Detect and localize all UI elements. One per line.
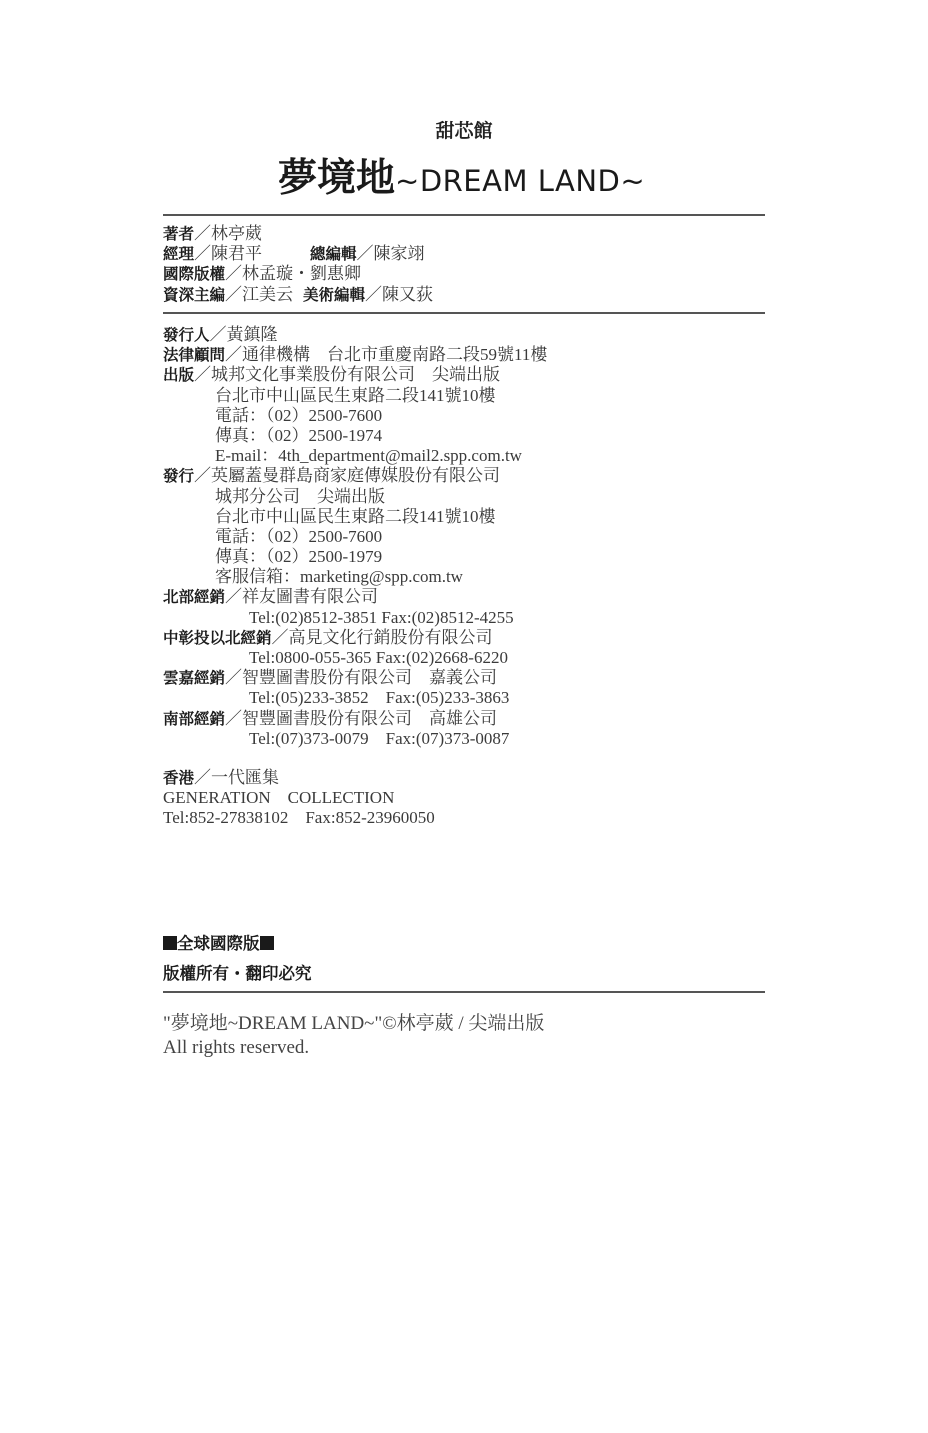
- regional-south-contact: Tel:(07)373-0079 Fax:(07)373-0087: [163, 729, 547, 749]
- square-bullet-icon: [260, 936, 274, 950]
- credit-label: 著者: [163, 225, 194, 243]
- hongkong-block: 香港／一代匯集 GENERATION COLLECTION Tel:852-27…: [163, 768, 435, 829]
- separator: ／: [365, 285, 382, 304]
- distributor-address: 台北市中山區民生東路二段141號10樓: [163, 507, 547, 527]
- separator: ／: [194, 365, 211, 384]
- credit-value: 陳家翊: [374, 244, 425, 263]
- separator: ／: [225, 345, 242, 364]
- issuer-line: 發行人／黃鎮隆: [163, 325, 547, 345]
- credit-label: 資深主編: [163, 286, 225, 304]
- publisher-value: 城邦文化事業股份有限公司 尖端出版: [211, 365, 500, 384]
- copyright-line: "夢境地~DREAM LAND~"©林亭葳 / 尖端出版: [163, 1008, 544, 1035]
- credit-value: 江美云: [242, 285, 293, 304]
- book-title: 夢境地~DREAM LAND~: [278, 147, 645, 203]
- series-name: 甜芯館: [0, 116, 928, 143]
- divider-top: [163, 214, 765, 216]
- hongkong-contact: Tel:852-27838102 Fax:852-23960050: [163, 808, 435, 828]
- regional-label: 雲嘉經銷: [163, 669, 225, 687]
- credit-label: 美術編輯: [303, 286, 365, 304]
- colophon-page: 甜芯館 夢境地~DREAM LAND~ 著者／林亭葳 經理／陳君平總編輯／陳家翊…: [0, 0, 928, 1433]
- divider-bottom: [163, 991, 765, 993]
- regional-central-contact: Tel:0800-055-365 Fax:(02)2668-6220: [163, 648, 547, 668]
- publisher-email: E-mail：4th_department@mail2.spp.com.tw: [163, 446, 547, 466]
- issuer-value: 黃鎮隆: [227, 325, 278, 344]
- regional-chiayi: 雲嘉經銷／智豐圖書股份有限公司 嘉義公司: [163, 668, 547, 688]
- separator: ／: [225, 587, 242, 606]
- distributor-service: 客服信箱：marketing@spp.com.tw: [163, 567, 547, 587]
- distributor-phone: 電話：（02）2500-7600: [163, 527, 547, 547]
- publisher-line: 出版／城邦文化事業股份有限公司 尖端出版: [163, 365, 547, 385]
- distributor-line: 發行／英屬蓋曼群島商家庭傳媒股份有限公司: [163, 466, 547, 486]
- separator: ／: [225, 709, 242, 728]
- rights-notice: 版權所有・翻印必究: [163, 960, 312, 988]
- edition-line: 全球國際版: [163, 930, 312, 960]
- regional-north: 北部經銷／祥友圖書有限公司: [163, 587, 547, 607]
- square-bullet-icon: [163, 936, 177, 950]
- regional-chiayi-contact: Tel:(05)233-3852 Fax:(05)233-3863: [163, 688, 547, 708]
- divider-middle: [163, 312, 765, 314]
- regional-south: 南部經銷／智豐圖書股份有限公司 高雄公司: [163, 709, 547, 729]
- legal-line: 法律顧問／通律機構 台北市重慶南路二段59號11樓: [163, 345, 547, 365]
- separator: ／: [272, 628, 289, 647]
- distributor-branch: 城邦分公司 尖端出版: [163, 487, 547, 507]
- regional-value: 智豐圖書股份有限公司 高雄公司: [242, 709, 497, 728]
- rights-block: 全球國際版 版權所有・翻印必究: [163, 930, 312, 988]
- regional-value: 智豐圖書股份有限公司 嘉義公司: [242, 668, 497, 687]
- distributor-value: 英屬蓋曼群島商家庭傳媒股份有限公司: [211, 466, 500, 485]
- credits-block: 著者／林亭葳 經理／陳君平總編輯／陳家翊 國際版權／林孟璇・劉惠卿 資深主編／江…: [163, 224, 433, 305]
- regional-label: 中彰投以北經銷: [163, 629, 272, 647]
- credit-value: 陳君平: [211, 244, 262, 263]
- credit-value: 林亭葳: [211, 224, 262, 243]
- separator: ／: [194, 224, 211, 243]
- publisher-address: 台北市中山區民生東路二段141號10樓: [163, 386, 547, 406]
- publishing-block: 發行人／黃鎮隆 法律顧問／通律機構 台北市重慶南路二段59號11樓 出版／城邦文…: [163, 325, 547, 749]
- issuer-label: 發行人: [163, 326, 210, 344]
- credit-rights: 國際版權／林孟璇・劉惠卿: [163, 264, 433, 284]
- regional-value: 祥友圖書有限公司: [242, 587, 378, 606]
- separator: ／: [194, 466, 211, 485]
- regional-north-contact: Tel:(02)8512-3851 Fax:(02)8512-4255: [163, 608, 547, 628]
- hongkong-line: 香港／一代匯集: [163, 768, 435, 788]
- edition-label: 全球國際版: [177, 934, 260, 953]
- credit-value: 林孟璇・劉惠卿: [242, 264, 361, 283]
- regional-central: 中彰投以北經銷／高見文化行銷股份有限公司: [163, 628, 547, 648]
- legal-value: 通律機構 台北市重慶南路二段59號11樓: [242, 345, 547, 364]
- publisher-fax: 傳真：（02）2500-1974: [163, 426, 547, 446]
- all-rights-reserved: All rights reserved.: [163, 1037, 309, 1059]
- book-title-cjk: 夢境地: [278, 156, 395, 201]
- credit-label: 總編輯: [310, 245, 357, 263]
- hongkong-value: 一代匯集: [211, 768, 279, 787]
- separator: ／: [225, 264, 242, 283]
- separator: ／: [194, 768, 211, 787]
- separator: ／: [225, 668, 242, 687]
- book-title-latin: ~DREAM LAND~: [395, 164, 645, 198]
- hongkong-name: GENERATION COLLECTION: [163, 788, 435, 808]
- distributor-fax: 傳真：（02）2500-1979: [163, 547, 547, 567]
- separator: ／: [210, 325, 227, 344]
- credit-value: 陳又荻: [382, 285, 433, 304]
- distributor-label: 發行: [163, 467, 194, 485]
- credit-label: 經理: [163, 245, 194, 263]
- credit-label: 國際版權: [163, 265, 225, 283]
- separator: ／: [194, 244, 211, 263]
- legal-label: 法律顧問: [163, 346, 225, 364]
- credit-editor: 資深主編／江美云美術編輯／陳又荻: [163, 285, 433, 305]
- separator: ／: [357, 244, 374, 263]
- regional-label: 南部經銷: [163, 710, 225, 728]
- credit-author: 著者／林亭葳: [163, 224, 433, 244]
- hongkong-label: 香港: [163, 769, 194, 787]
- regional-value: 高見文化行銷股份有限公司: [289, 628, 493, 647]
- credit-manager: 經理／陳君平總編輯／陳家翊: [163, 244, 433, 264]
- separator: ／: [225, 285, 242, 304]
- publisher-label: 出版: [163, 366, 194, 384]
- regional-label: 北部經銷: [163, 588, 225, 606]
- publisher-phone: 電話：（02）2500-7600: [163, 406, 547, 426]
